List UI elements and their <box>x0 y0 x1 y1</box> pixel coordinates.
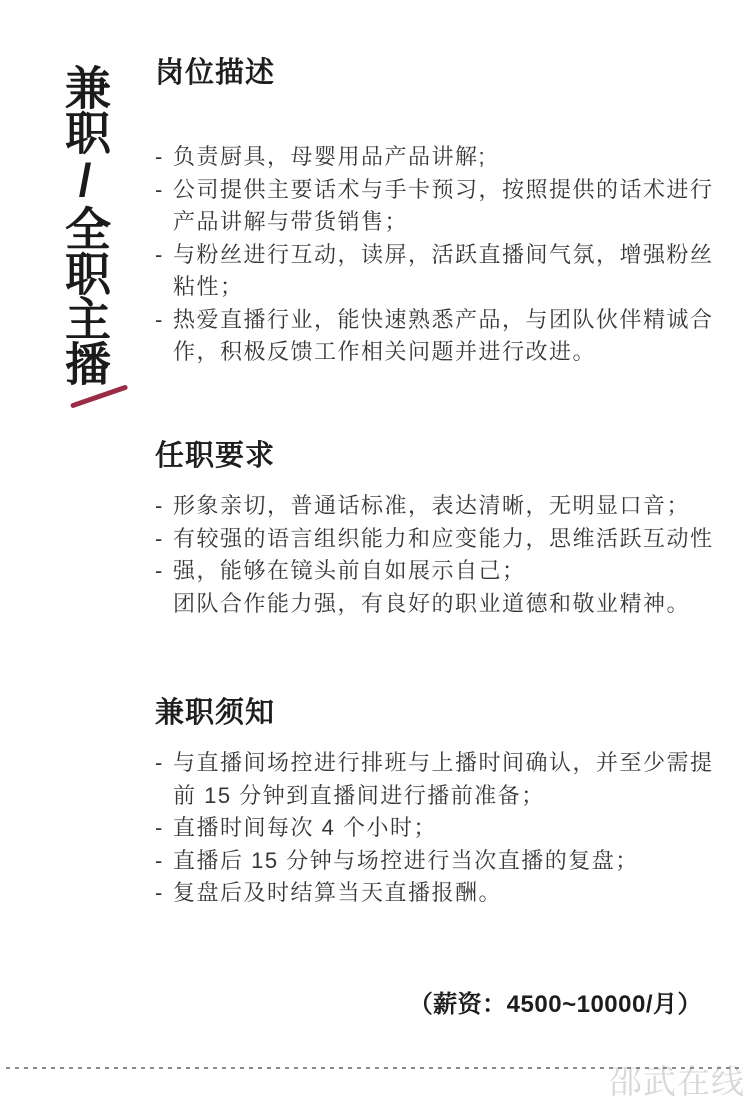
bullet-dash: - <box>155 812 173 845</box>
bullet-text: 直播后 15 分钟与场控进行当次直播的复盘； <box>173 845 721 878</box>
bullet-dash <box>155 271 173 304</box>
bullet-text: 直播时间每次 4 个小时； <box>173 812 721 845</box>
bullet-dash: - <box>155 490 173 523</box>
bullet-line: -公司提供主要话术与手卡预习，按照提供的话术进行 <box>155 174 721 207</box>
bullet-list: -形象亲切，普通话标准，表达清晰，无明显口音； -有较强的语言组织能力和应变能力… <box>155 490 721 620</box>
bullet-list: -负责厨具，母婴用品产品讲解; -公司提供主要话术与手卡预习，按照提供的话术进行… <box>155 141 721 369</box>
salary-note: （薪资：4500~10000/月） <box>409 984 702 1019</box>
bullet-text: 团队合作能力强，有良好的职业道德和敬业精神。 <box>173 588 721 621</box>
bullet-dash: - <box>155 141 173 174</box>
bullet-dash: - <box>155 555 173 588</box>
section-heading-requirements: 任职要求 <box>155 439 721 473</box>
bullet-text: 公司提供主要话术与手卡预习，按照提供的话术进行 <box>173 174 721 207</box>
bullet-line: 产品讲解与带货销售； <box>155 206 721 239</box>
section-requirements: 任职要求 -形象亲切，普通话标准，表达清晰，无明显口音； -有较强的语言组织能力… <box>155 439 721 620</box>
bullet-text: 有较强的语言组织能力和应变能力，思维活跃互动性 <box>173 523 721 556</box>
bullet-line: 团队合作能力强，有良好的职业道德和敬业精神。 <box>155 588 721 621</box>
bullet-line: -复盘后及时结算当天直播报酬。 <box>155 877 721 910</box>
bullet-text: 前 15 分钟到直播间进行播前准备； <box>173 780 721 813</box>
bullet-line: 前 15 分钟到直播间进行播前准备； <box>155 780 721 813</box>
bullet-dash: - <box>155 845 173 878</box>
bullet-line: -强，能够在镜头前自如展示自己； <box>155 555 721 588</box>
bullet-dash: - <box>155 304 173 337</box>
bullet-line: -形象亲切，普通话标准，表达清晰，无明显口音； <box>155 490 721 523</box>
bullet-text: 强，能够在镜头前自如展示自己； <box>173 555 721 588</box>
bullet-text: 与直播间场控进行排班与上播时间确认，并至少需提 <box>173 747 721 780</box>
red-slash-accent <box>70 384 128 408</box>
bullet-text: 产品讲解与带货销售； <box>173 206 721 239</box>
bullet-text: 形象亲切，普通话标准，表达清晰，无明显口音； <box>173 490 721 523</box>
bullet-dash <box>155 588 173 621</box>
bullet-dash <box>155 206 173 239</box>
bullet-line: -直播后 15 分钟与场控进行当次直播的复盘； <box>155 845 721 878</box>
bullet-text: 热爱直播行业，能快速熟悉产品，与团队伙伴精诚合 <box>173 304 721 337</box>
bullet-list: -与直播间场控进行排班与上播时间确认，并至少需提 前 15 分钟到直播间进行播前… <box>155 747 721 910</box>
bullet-dash <box>155 780 173 813</box>
job-poster-page: { "poster": { "vertical_title": "兼职/全职主播… <box>0 0 750 1100</box>
bullet-text: 负责厨具，母婴用品产品讲解; <box>173 141 721 174</box>
section-heading-part-time-notice: 兼职须知 <box>155 696 721 730</box>
bullet-line: -直播时间每次 4 个小时； <box>155 812 721 845</box>
bullet-dash: - <box>155 523 173 556</box>
section-job-description: 岗位描述 -负责厨具，母婴用品产品讲解; -公司提供主要话术与手卡预习，按照提供… <box>155 56 721 369</box>
bullet-line: -与直播间场控进行排班与上播时间确认，并至少需提 <box>155 747 721 780</box>
section-part-time-notice: 兼职须知 -与直播间场控进行排班与上播时间确认，并至少需提 前 15 分钟到直播… <box>155 696 721 910</box>
bullet-dash: - <box>155 239 173 272</box>
bullet-line: 粘性； <box>155 271 721 304</box>
bullet-text: 粘性； <box>173 271 721 304</box>
bullet-dash: - <box>155 747 173 780</box>
watermark-text: 邵武在线 <box>609 1056 745 1100</box>
section-heading-job-description: 岗位描述 <box>155 56 721 90</box>
bullet-line: -与粉丝进行互动，读屏，活跃直播间气氛，增强粉丝 <box>155 239 721 272</box>
bullet-line: -有较强的语言组织能力和应变能力，思维活跃互动性 <box>155 523 721 556</box>
bullet-text: 作，积极反馈工作相关问题并进行改进。 <box>173 336 721 369</box>
bullet-text: 复盘后及时结算当天直播报酬。 <box>173 877 721 910</box>
bullet-dash: - <box>155 174 173 207</box>
bullet-text: 与粉丝进行互动，读屏，活跃直播间气氛，增强粉丝 <box>173 239 721 272</box>
bullet-line: -负责厨具，母婴用品产品讲解; <box>155 141 721 174</box>
bullet-dash: - <box>155 877 173 910</box>
bullet-line: 作，积极反馈工作相关问题并进行改进。 <box>155 336 721 369</box>
bullet-dash <box>155 336 173 369</box>
vertical-job-title: 兼职/全职主播 <box>62 64 108 385</box>
dashed-divider <box>6 1067 744 1069</box>
bullet-line: -热爱直播行业，能快速熟悉产品，与团队伙伴精诚合 <box>155 304 721 337</box>
